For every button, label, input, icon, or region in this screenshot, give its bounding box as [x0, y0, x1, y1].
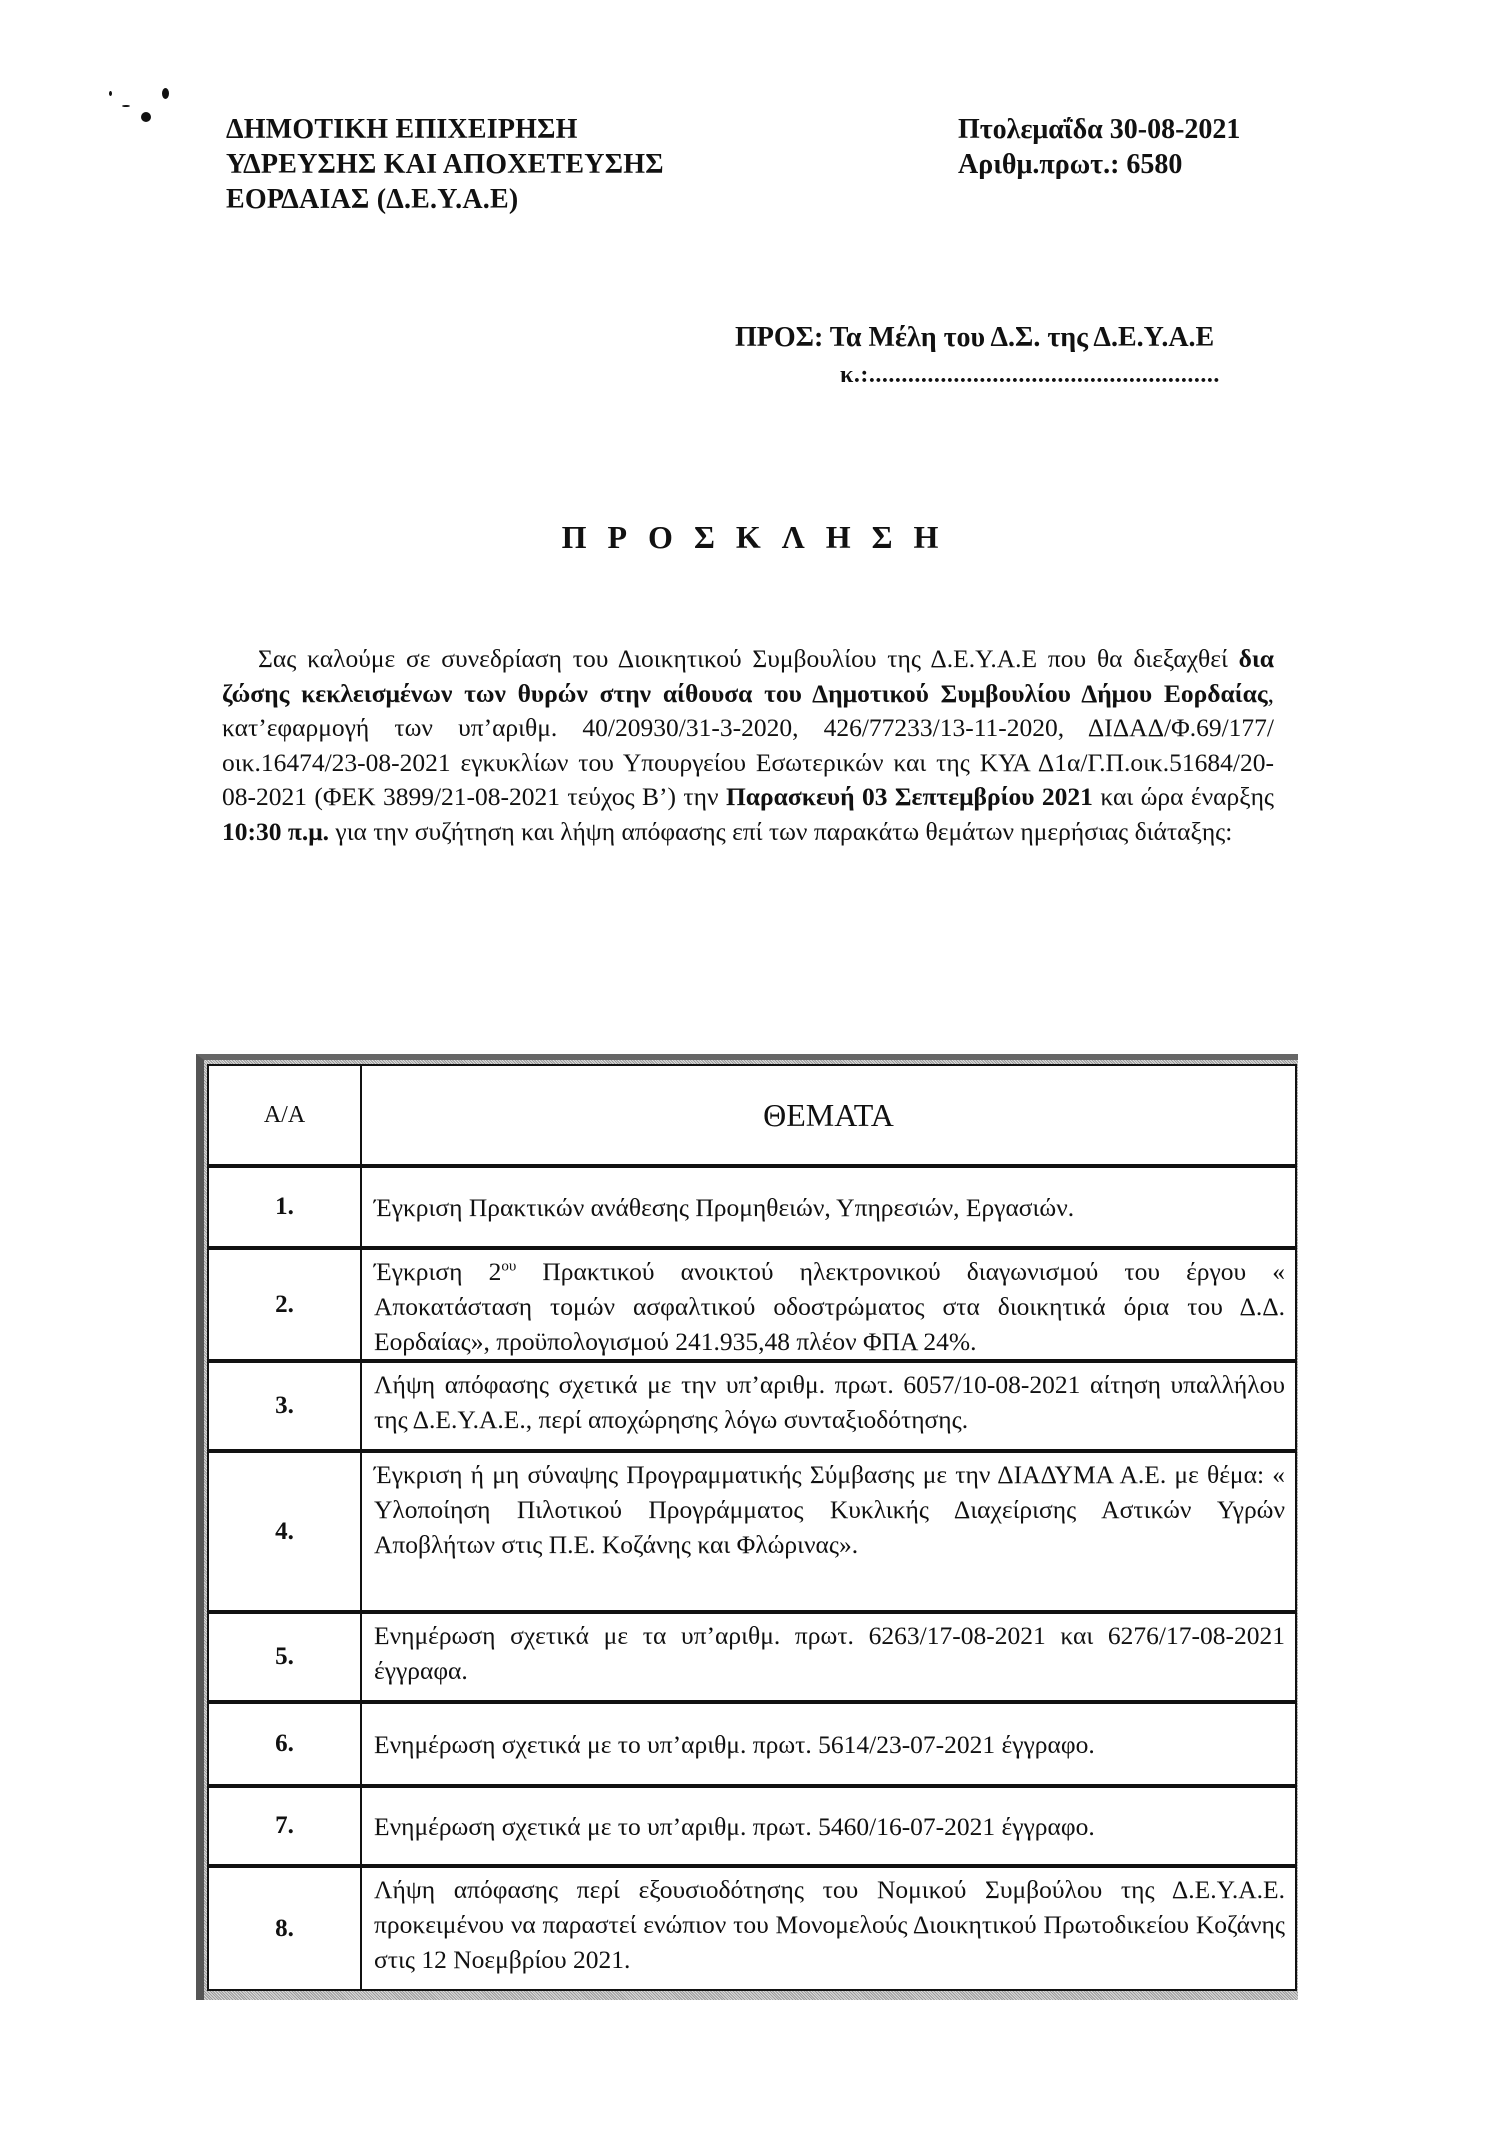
organization-line: ΕΟΡΔΑΙΑΣ (Δ.Ε.Υ.Α.Ε): [226, 182, 664, 217]
agenda-item-number: 1.: [208, 1166, 361, 1248]
agenda-row: 8.Λήψη απόφασης περί εξουσιοδότησης του …: [208, 1866, 1296, 1990]
agenda-item-text: Ενημέρωση σχετικά με το υπ’αριθμ. πρωτ. …: [361, 1702, 1296, 1786]
date-protocol-block: Πτολεμαΐδα 30-08-2021 Αριθμ.πρωτ.: 6580: [958, 112, 1240, 182]
protocol-number: 6580: [1126, 149, 1182, 180]
organization-line: ΥΔΡΕΥΣΗΣ ΚΑΙ ΑΠΟΧΕΤΕΥΣΗΣ: [226, 147, 664, 182]
body-text: Σας καλούμε σε συνεδρίαση του Διοικητικο…: [258, 644, 1239, 673]
invitation-paragraph: Σας καλούμε σε συνεδρίαση του Διοικητικο…: [222, 642, 1274, 849]
body-text: για την συζήτηση και λήψη απόφασης επί τ…: [329, 817, 1232, 846]
agenda-item-number: 2.: [208, 1248, 361, 1361]
agenda-table: Α/Α ΘΕΜΑΤΑ 1.Έγκριση Πρακτικών ανάθεσης …: [207, 1064, 1297, 1991]
scan-speck: [122, 105, 130, 107]
organization-line: ΔΗΜΟΤΙΚΗ ΕΠΙΧΕΙΡΗΣΗ: [226, 112, 664, 147]
agenda-item-text: Ενημέρωση σχετικά με τα υπ’αριθμ. πρωτ. …: [361, 1612, 1296, 1702]
agenda-item-number: 7.: [208, 1786, 361, 1866]
agenda-item-text: Λήψη απόφασης περί εξουσιοδότησης του Νο…: [361, 1866, 1296, 1990]
agenda-rows: 1.Έγκριση Πρακτικών ανάθεσης Προμηθειών,…: [208, 1166, 1296, 1990]
agenda-item-text: Έγκριση Πρακτικών ανάθεσης Προμηθειών, Υ…: [361, 1166, 1296, 1248]
agenda-row: 5.Ενημέρωση σχετικά με τα υπ’αριθμ. πρωτ…: [208, 1612, 1296, 1702]
protocol-line: Αριθμ.πρωτ.: 6580: [958, 147, 1240, 182]
emphasized-text: 10:30 π.μ.: [222, 817, 329, 846]
emphasized-text: Παρασκευή 03 Σεπτεμβρίου 2021: [726, 782, 1093, 811]
agenda-item-number: 6.: [208, 1702, 361, 1786]
agenda-item-number: 5.: [208, 1612, 361, 1702]
agenda-row: 3.Λήψη απόφασης σχετικά με την υπ’αριθμ.…: [208, 1361, 1296, 1451]
recipient-line: ΠΡΟΣ: Τα Μέλη του Δ.Σ. της Δ.Ε.Υ.Α.Ε: [735, 322, 1214, 354]
agenda-header-row: Α/Α ΘΕΜΑΤΑ: [208, 1065, 1296, 1166]
document-title: ΠΡΟΣΚΛΗΣΗ: [0, 519, 1500, 556]
protocol-label: Αριθμ.πρωτ.:: [958, 149, 1119, 180]
agenda-item-text: Έγκριση 2ου Πρακτικού ανοικτού ηλεκτρονι…: [361, 1248, 1296, 1361]
column-header-number: Α/Α: [208, 1065, 361, 1166]
agenda-row: 6.Ενημέρωση σχετικά με το υπ’αριθμ. πρωτ…: [208, 1702, 1296, 1786]
ordinal-superscript: ου: [501, 1259, 516, 1275]
scan-speck: [109, 91, 112, 96]
place-date: Πτολεμαΐδα 30-08-2021: [958, 112, 1240, 147]
agenda-item-number: 8.: [208, 1866, 361, 1990]
agenda-item-text: Έγκριση ή μη σύναψης Προγραμματικής Σύμβ…: [361, 1451, 1296, 1612]
column-header-themes: ΘΕΜΑΤΑ: [361, 1065, 1296, 1166]
agenda-item-number: 4.: [208, 1451, 361, 1612]
scan-speck: [141, 112, 151, 122]
invitation-body: Σας καλούμε σε συνεδρίαση του Διοικητικο…: [222, 642, 1274, 849]
agenda-row: 2.Έγκριση 2ου Πρακτικού ανοικτού ηλεκτρο…: [208, 1248, 1296, 1361]
body-text: και ώρα έναρξης: [1093, 782, 1274, 811]
scan-speck: [162, 88, 169, 99]
agenda-item-text: Λήψη απόφασης σχετικά με την υπ’αριθμ. π…: [361, 1361, 1296, 1451]
agenda-item-number: 3.: [208, 1361, 361, 1451]
agenda-item-text: Ενημέρωση σχετικά με το υπ’αριθμ. πρωτ. …: [361, 1786, 1296, 1866]
agenda-item-text-start: Έγκριση 2: [374, 1257, 501, 1286]
agenda-row: 7.Ενημέρωση σχετικά με το υπ’αριθμ. πρωτ…: [208, 1786, 1296, 1866]
recipient-name-line: κ.:.....................................…: [840, 362, 1220, 389]
organization-header: ΔΗΜΟΤΙΚΗ ΕΠΙΧΕΙΡΗΣΗ ΥΔΡΕΥΣΗΣ ΚΑΙ ΑΠΟΧΕΤΕ…: [226, 112, 664, 217]
agenda-row: 4.Έγκριση ή μη σύναψης Προγραμματικής Σύ…: [208, 1451, 1296, 1612]
agenda-row: 1.Έγκριση Πρακτικών ανάθεσης Προμηθειών,…: [208, 1166, 1296, 1248]
